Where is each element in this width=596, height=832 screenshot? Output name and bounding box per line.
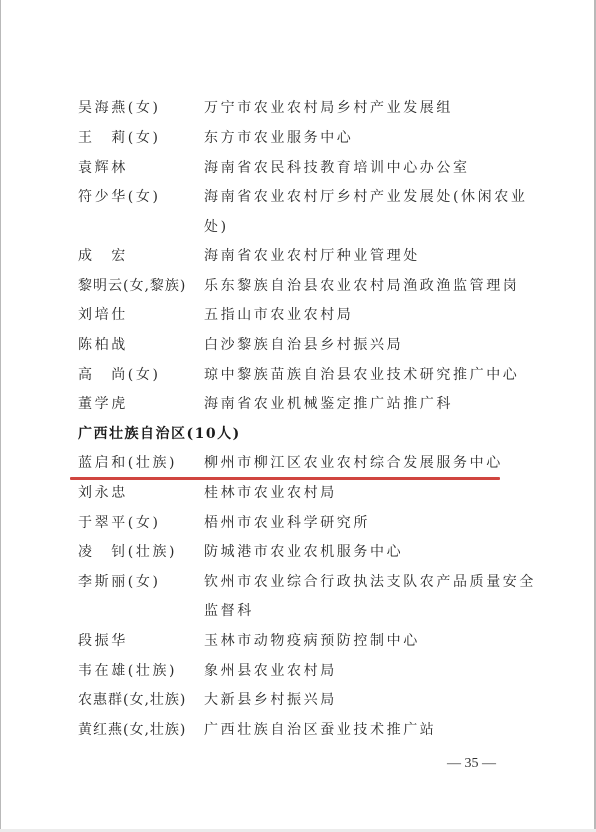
person-name: 吴海燕(女) (78, 97, 161, 119)
person-name: 段振华 (78, 630, 128, 652)
person-name: 刘培仕 (78, 304, 128, 326)
organization: 万宁市农业农村局乡村产业发展组 (204, 97, 453, 119)
person-name: 袁辉林 (78, 157, 128, 179)
person-name: 农惠群(女,壮族) (78, 689, 186, 711)
person-name: 刘永忠 (78, 482, 128, 504)
person-name: 于翠平(女) (78, 512, 161, 534)
organization: 东方市农业服务中心 (204, 127, 353, 149)
organization: 象州县农业农村局 (204, 660, 337, 682)
organization: 海南省农业机械鉴定推广站推广科 (204, 393, 453, 415)
organization-continuation: 监督科 (204, 600, 254, 622)
person-name: 黄红燕(女,壮族) (78, 719, 186, 741)
person-name: 董学虎 (78, 393, 128, 415)
page-number: — 35 — (447, 756, 496, 772)
person-name: 陈柏战 (78, 334, 128, 356)
person-name: 黎明云(女,黎族) (78, 275, 186, 297)
red-underline-annotation (70, 477, 500, 480)
organization: 白沙黎族自治县乡村振兴局 (204, 334, 403, 356)
person-name: 王 莉(女) (78, 127, 161, 149)
organization: 防城港市农业农机服务中心 (204, 541, 403, 563)
person-name: 李斯丽(女) (78, 571, 161, 593)
person-name: 符少华(女) (78, 186, 161, 208)
person-name: 蓝启和(壮族) (78, 452, 177, 474)
person-name: 高 尚(女) (78, 364, 161, 386)
organization: 五指山市农业农村局 (204, 304, 353, 326)
organization: 柳州市柳江区农业农村综合发展服务中心 (204, 452, 503, 474)
organization-continuation: 处) (204, 216, 229, 238)
person-name: 成 宏 (78, 245, 128, 267)
organization: 大新县乡村振兴局 (204, 689, 337, 711)
organization: 钦州市农业综合行政执法支队农产品质量安全 (204, 571, 536, 593)
organization: 梧州市农业科学研究所 (204, 512, 370, 534)
organization: 广西壮族自治区蚕业技术推广站 (204, 719, 436, 741)
organization: 乐东黎族自治县农业农村局渔政渔监管理岗 (204, 275, 519, 297)
organization: 桂林市农业农村局 (204, 482, 337, 504)
organization: 海南省农民科技教育培训中心办公室 (204, 157, 470, 179)
organization: 海南省农业农村厅乡村产业发展处(休闲农业 (204, 186, 527, 208)
person-name: 韦在雄(壮族) (78, 660, 177, 682)
organization: 海南省农业农村厅种业管理处 (204, 245, 420, 267)
person-name: 凌 钊(壮族) (78, 541, 177, 563)
organization: 琼中黎族苗族自治县农业技术研究推广中心 (204, 364, 519, 386)
organization: 玉林市动物疫病预防控制中心 (204, 630, 420, 652)
document-page: 吴海燕(女) 万宁市农业农村局乡村产业发展组 王 莉(女) 东方市农业服务中心 … (0, 0, 596, 832)
section-heading: 广西壮族自治区(10人) (78, 423, 241, 445)
